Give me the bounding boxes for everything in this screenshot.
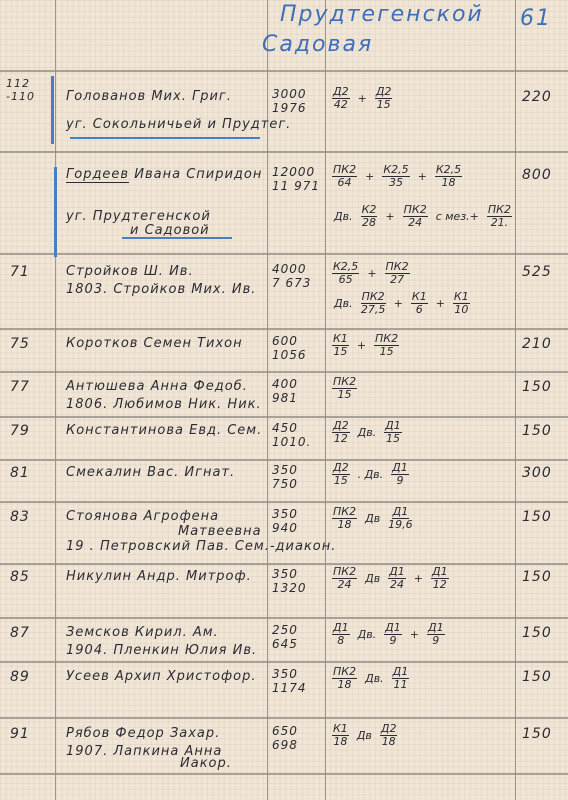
amount-bottom: 7 673 (272, 277, 311, 291)
house-number: 112 (6, 78, 30, 89)
fraction-denominator: 15 (338, 389, 352, 401)
fraction-denominator: 15 (377, 99, 391, 111)
formula-operator: + (414, 572, 423, 585)
row-rule (0, 253, 568, 255)
fraction-denominator: 12 (433, 579, 447, 591)
row-rule (0, 563, 568, 565)
blue-underline (70, 137, 260, 139)
total-value: 150 (522, 727, 552, 741)
amount-top: 450 (272, 422, 298, 436)
formula-operator: Дв (365, 512, 380, 525)
fraction: К118 (332, 723, 349, 748)
owner-name: Усеев Архип Христофор. (66, 670, 257, 683)
amount-bottom: 698 (272, 739, 298, 753)
previous-owner: уг. Сокольничьей и Прудтег. (66, 118, 291, 131)
fraction: ПК264 (332, 164, 357, 189)
row-rule (0, 459, 568, 461)
fraction: К2,565 (332, 261, 359, 286)
amount-top: 400 (272, 378, 298, 392)
amount-top: 12000 (272, 166, 315, 180)
fraction: Д19 (384, 622, 402, 647)
total-value: 800 (522, 168, 552, 182)
owner-name: Никулин Андр. Митроф. (66, 570, 252, 583)
building-formula: ПК218ДвД119,6 (330, 506, 415, 531)
owner-name: Смекалин Вас. Игнат. (66, 466, 235, 479)
fraction-denominator: 9 (396, 475, 403, 487)
fraction: Д112 (431, 566, 449, 591)
fraction-denominator: 27,5 (361, 304, 386, 316)
building-formula: К118ДвД218 (330, 723, 399, 748)
row-rule (0, 717, 568, 719)
fraction: К16 (411, 291, 428, 316)
house-number: 87 (10, 626, 30, 640)
fraction-denominator: 24 (338, 579, 352, 591)
row-rule (0, 371, 568, 373)
fraction: ПК221. (487, 204, 512, 229)
owner-name: Земсков Кирил. Ам. (66, 626, 219, 639)
previous-owner: 19 . Петровский Пав. Сем.-диакон. (66, 540, 336, 553)
owner-name-cont: Матвеевна (178, 525, 262, 538)
fraction-denominator: 11 (393, 679, 407, 691)
street-heading-1: Прудтегенской (280, 4, 484, 26)
formula-operator: + (357, 339, 366, 352)
fraction: Д115 (384, 420, 402, 445)
formula-operator: Дв (365, 572, 380, 585)
street-heading-2: Садовая (262, 34, 373, 56)
fraction: ПК218 (332, 666, 357, 691)
fraction: ПК215 (332, 376, 357, 401)
total-value: 150 (522, 626, 552, 640)
owner-name: Константинова Евд. Сем. (66, 424, 262, 437)
fraction: Д124 (388, 566, 406, 591)
fraction-denominator: 15 (333, 346, 347, 358)
formula-operator: + (394, 297, 403, 310)
row-rule (0, 501, 568, 503)
ledger-page: Прудтегенской Садовая 61 112-110Головано… (0, 0, 568, 800)
blue-bracket (51, 76, 54, 144)
amount-top: 3000 (272, 88, 307, 102)
formula-operator: + (385, 210, 394, 223)
amount-top: 350 (272, 668, 298, 682)
total-value: 150 (522, 570, 552, 584)
formula-operator: Дв. (365, 672, 384, 685)
house-number: 89 (10, 670, 30, 684)
formula-operator: Дв (357, 729, 372, 742)
amount-bottom: 750 (272, 478, 298, 492)
fraction: К110 (453, 291, 470, 316)
house-number: 85 (10, 570, 30, 584)
total-value: 220 (522, 90, 552, 104)
fraction: К2,535 (382, 164, 409, 189)
total-value: 150 (522, 670, 552, 684)
total-value: 300 (522, 466, 552, 480)
page-number: 61 (520, 8, 552, 30)
owner-name: Стройков Ш. Ив. (66, 265, 194, 278)
building-formula: К2,565+ПК227 (330, 261, 412, 286)
fraction-denominator: 35 (389, 177, 403, 189)
formula-operator: Дв. (358, 628, 377, 641)
amount-bottom: 1320 (272, 582, 307, 596)
fraction-denominator: 9 (432, 635, 439, 647)
fraction: ПК224 (332, 566, 357, 591)
blue-bracket (54, 167, 57, 257)
row-rule (0, 617, 568, 619)
fraction-denominator: 18 (338, 679, 352, 691)
fraction: Д215 (332, 462, 350, 487)
house-number: 75 (10, 337, 30, 351)
house-number: 77 (10, 380, 30, 394)
total-value: 525 (522, 265, 552, 279)
fraction-denominator: 65 (339, 274, 353, 286)
owner-name: Гордеев Ивана Спиридон (66, 168, 262, 181)
amount-top: 250 (272, 624, 298, 638)
formula-operator: + (365, 170, 374, 183)
building-formula: Д242+Д215 (330, 86, 394, 111)
previous-owner: 1904. Пленкин Юлия Ив. (66, 644, 257, 657)
column-rule (325, 0, 326, 800)
formula-operator: + (367, 267, 376, 280)
building-formula: Д212Дв.Д115 (330, 420, 404, 445)
owner-name: Антюшева Анна Федоб. (66, 380, 248, 393)
fraction: Д242 (332, 86, 350, 111)
building-formula: ПК264+К2,535+К2,518 (330, 164, 464, 189)
building-formula-2: Дв.К228+ПК224с мез.+ПК221. (330, 204, 514, 229)
fraction: ПК218 (332, 506, 357, 531)
fraction: ПК224 (403, 204, 428, 229)
fraction: Д19 (427, 622, 445, 647)
amount-bottom: 1056 (272, 349, 307, 363)
fraction: К115 (332, 333, 349, 358)
fraction-denominator: 42 (334, 99, 348, 111)
previous-owner-cont: Иакор. (180, 757, 232, 770)
fraction-denominator: 18 (333, 736, 347, 748)
building-formula: ПК215 (330, 376, 359, 401)
column-rule (515, 0, 516, 800)
fraction: Д218 (380, 723, 398, 748)
previous-owner: уг. Прудтегенской (66, 210, 211, 223)
fraction-denominator: 18 (338, 519, 352, 531)
previous-owner: 1803. Стройков Мих. Ив. (66, 283, 256, 296)
amount-top: 350 (272, 508, 298, 522)
house-number: 71 (10, 265, 30, 279)
amount-bottom: 645 (272, 638, 298, 652)
row-rule (0, 661, 568, 663)
fraction-denominator: 24 (408, 217, 422, 229)
amount-top: 350 (272, 568, 298, 582)
fraction-denominator: 24 (390, 579, 404, 591)
row-rule (0, 328, 568, 330)
building-formula: К115+ПК215 (330, 333, 401, 358)
amount-top: 650 (272, 725, 298, 739)
building-formula: ПК224ДвД124+Д112 (330, 566, 451, 591)
fraction: Д119,6 (388, 506, 413, 531)
building-formula: ПК218Дв.Д111 (330, 666, 411, 691)
fraction: К2,518 (435, 164, 462, 189)
formula-operator: Дв. (334, 210, 353, 223)
building-formula: Д18Дв.Д19+Д19 (330, 622, 447, 647)
amount-bottom: 11 971 (272, 180, 320, 194)
house-number: 79 (10, 424, 30, 438)
fraction-denominator: 8 (337, 635, 344, 647)
formula-operator: + (436, 297, 445, 310)
amount-top: 350 (272, 464, 298, 478)
amount-bottom: 1174 (272, 682, 307, 696)
owner-name: Рябов Федор Захар. (66, 727, 220, 740)
fraction: Д18 (332, 622, 350, 647)
amount-bottom: 981 (272, 392, 298, 406)
fraction: Д215 (375, 86, 393, 111)
formula-operator: . Дв. (358, 468, 384, 481)
house-number: 91 (10, 727, 30, 741)
house-number: -110 (6, 91, 35, 102)
formula-operator: с мез.+ (436, 210, 479, 223)
formula-operator: Дв. (358, 426, 377, 439)
formula-operator: Дв. (334, 297, 353, 310)
fraction: Д212 (332, 420, 350, 445)
fraction-denominator: 28 (362, 217, 376, 229)
fraction-denominator: 64 (338, 177, 352, 189)
fraction-denominator: 10 (454, 304, 468, 316)
amount-top: 4000 (272, 263, 307, 277)
fraction: Д19 (391, 462, 409, 487)
total-value: 150 (522, 380, 552, 394)
fraction: К228 (361, 204, 378, 229)
amount-bottom: 1976 (272, 102, 307, 116)
fraction-denominator: 12 (334, 433, 348, 445)
building-formula: Д215. Дв.Д19 (330, 462, 411, 487)
row-rule (0, 70, 568, 72)
fraction-denominator: 15 (334, 475, 348, 487)
fraction: ПК215 (374, 333, 399, 358)
row-rule (0, 416, 568, 418)
formula-operator: + (418, 170, 427, 183)
house-number: 81 (10, 466, 30, 480)
fraction-denominator: 15 (386, 433, 400, 445)
fraction-denominator: 27 (390, 274, 404, 286)
previous-owner: 1806. Любимов Ник. Ник. (66, 398, 262, 411)
fraction-denominator: 18 (382, 736, 396, 748)
amount-top: 600 (272, 335, 298, 349)
fraction: ПК227 (385, 261, 410, 286)
fraction-denominator: 18 (442, 177, 456, 189)
owner-name: Стоянова Агрофена (66, 510, 219, 523)
total-value: 210 (522, 337, 552, 351)
column-rule (55, 0, 56, 800)
total-value: 150 (522, 424, 552, 438)
row-rule (0, 151, 568, 153)
fraction-denominator: 6 (416, 304, 423, 316)
owner-name: Голованов Мих. Григ. (66, 90, 232, 103)
formula-operator: + (358, 92, 367, 105)
row-rule (0, 773, 568, 775)
previous-owner-cont: и Садовой (130, 224, 210, 237)
fraction-denominator: 19,6 (388, 519, 413, 531)
formula-operator: + (410, 628, 419, 641)
fraction: ПК227,5 (361, 291, 386, 316)
owner-name: Коротков Семен Тихон (66, 337, 243, 350)
building-formula-2: Дв.ПК227,5+К16+К110 (330, 291, 472, 316)
fraction: Д111 (392, 666, 410, 691)
total-value: 150 (522, 510, 552, 524)
amount-bottom: 1010. (272, 436, 311, 450)
amount-bottom: 940 (272, 522, 298, 536)
fraction-denominator: 21. (491, 217, 509, 229)
fraction-denominator: 9 (389, 635, 396, 647)
fraction-denominator: 15 (380, 346, 394, 358)
house-number: 83 (10, 510, 30, 524)
